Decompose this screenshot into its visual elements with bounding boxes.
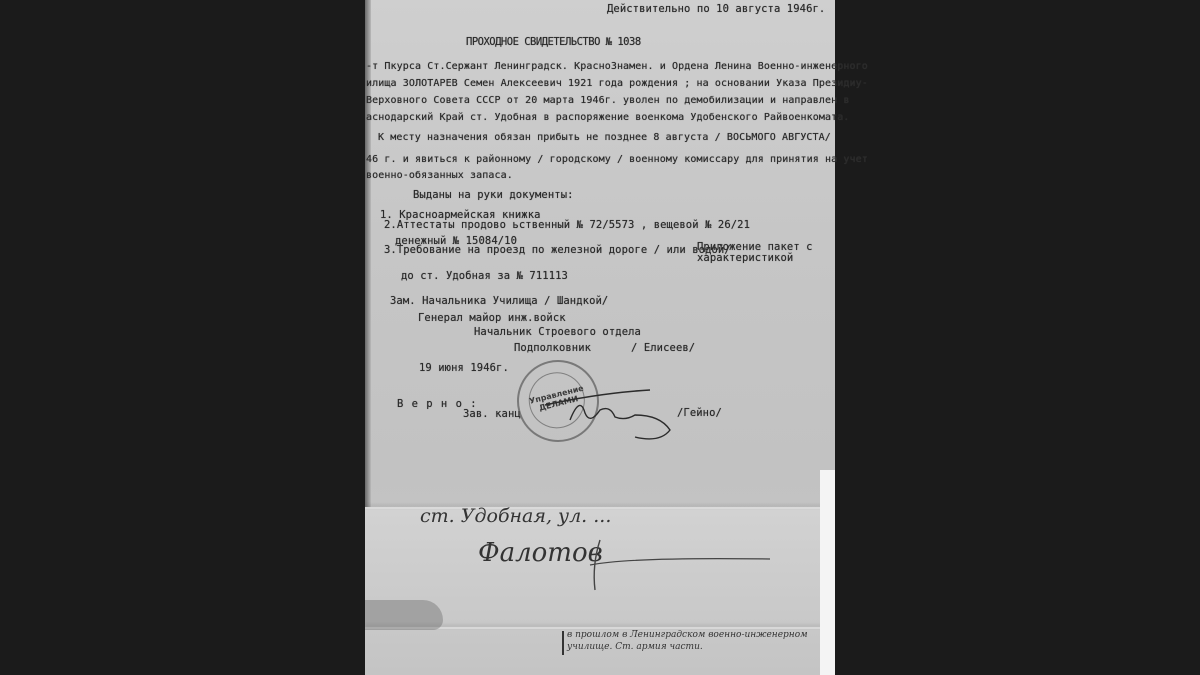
document-date: 19 июня 1946г. [419,362,509,374]
attachment-note-2: характеристикой [697,252,793,264]
handwritten-signature: Фалотов [478,538,603,568]
clerk-name: /Гейно/ [677,407,722,419]
body-line-4: аснодарский Край ст. Удобная в распоряже… [366,112,850,124]
issued-item-2: 2.Аттестаты продово ьственный № 72/5573 … [384,219,750,231]
report-line-2: военно-обязанных запаса. [366,170,513,182]
report-line-1: 46 г. и явиться к районному / городскому… [366,154,868,166]
arrival-line: К месту назначения обязан прибыть не поз… [378,132,831,144]
section-rank: Подполковник [514,342,591,354]
validity-note: Действительно по 10 августа 1946г. [607,3,825,15]
body-line-1: -т Пкурса Ст.Сержант Ленинградск. Краснo… [366,61,868,73]
margin-note-line-2: училище. Ст. армия части. [567,642,703,652]
signature-tail [590,545,790,585]
margin-note-line-1: в прошлом в Ленинградском военно-инженер… [567,630,808,640]
handwritten-address: ст. Удобная, ул. ... [420,505,611,527]
section-head: Начальник Строевого отдела [474,326,641,338]
deputy-rank: Генерал майор инж.войск [418,312,566,324]
margin-note-bar [562,631,564,655]
document-title: ПРОХОДНОЕ СВИДЕТЕЛЬСТВО № 1038 [466,36,641,48]
deputy-head-line: Зам. Начальника Училища / Шандкой/ [390,295,608,307]
clerk-label: Зав. канц [463,408,521,420]
body-line-3: Верховного Совета СССР от 20 марта 1946г… [366,95,850,107]
issued-heading: Выданы на руки документы: [413,189,574,201]
body-line-2: илища ЗОЛОТАРЕВ Семен Алексеевич 1921 го… [366,78,868,90]
page-edge-strip [820,470,835,675]
paper-stain [365,600,443,630]
clerk-signature [540,385,680,445]
issued-item-3: 3.Требование на проезд по железной дорог… [384,244,731,256]
section-name: / Елисеев/ [631,342,695,354]
destination-line: до ст. Удобная за № 711113 [401,270,568,282]
